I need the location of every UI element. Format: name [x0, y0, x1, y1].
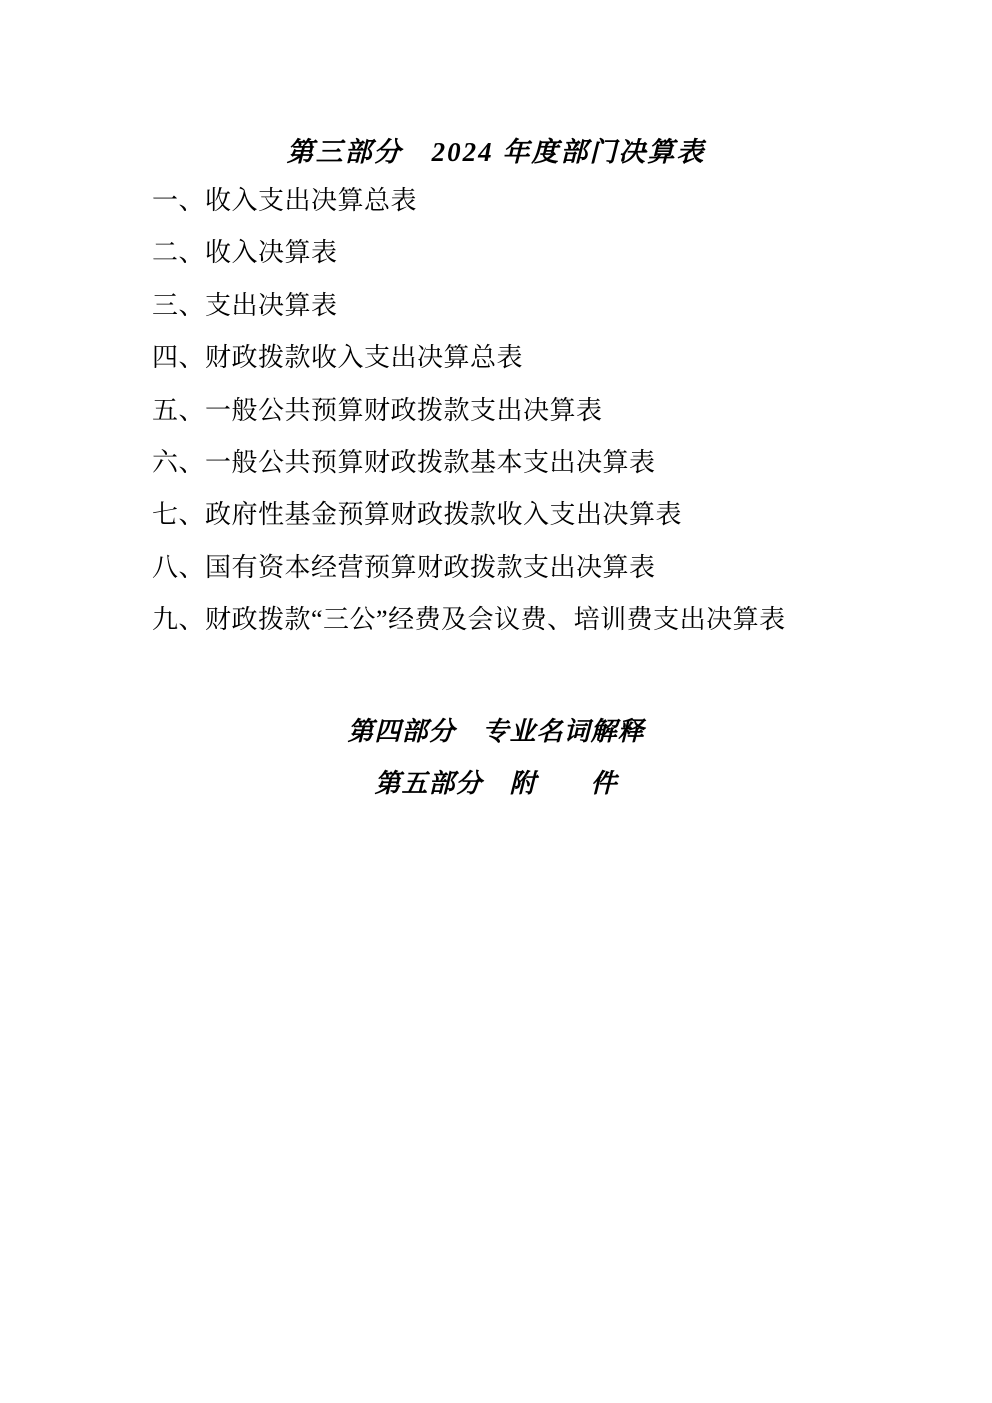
- section5-title: 第五部分 附 件: [0, 763, 992, 800]
- section3-title: 第三部分 2024 年度部门决算表: [0, 130, 992, 169]
- section4-title: 第四部分 专业名词解释: [0, 711, 992, 748]
- toc-item: 九、财政拨款“三公”经费及会议费、培训费支出决算表: [152, 594, 912, 646]
- toc-item: 五、一般公共预算财政拨款支出决算表: [152, 385, 912, 437]
- toc-item: 一、收入支出决算总表: [152, 175, 912, 227]
- statement-table-list: 一、收入支出决算总表 二、收入决算表 三、支出决算表 四、财政拨款收入支出决算总…: [152, 175, 912, 647]
- toc-item: 二、收入决算表: [152, 227, 912, 279]
- toc-item: 七、政府性基金预算财政拨款收入支出决算表: [152, 489, 912, 541]
- toc-item: 三、支出决算表: [152, 280, 912, 332]
- toc-item: 六、一般公共预算财政拨款基本支出决算表: [152, 437, 912, 489]
- document-page: 第三部分 2024 年度部门决算表 一、收入支出决算总表 二、收入决算表 三、支…: [0, 0, 992, 1403]
- toc-item: 八、国有资本经营预算财政拨款支出决算表: [152, 542, 912, 594]
- toc-item: 四、财政拨款收入支出决算总表: [152, 332, 912, 384]
